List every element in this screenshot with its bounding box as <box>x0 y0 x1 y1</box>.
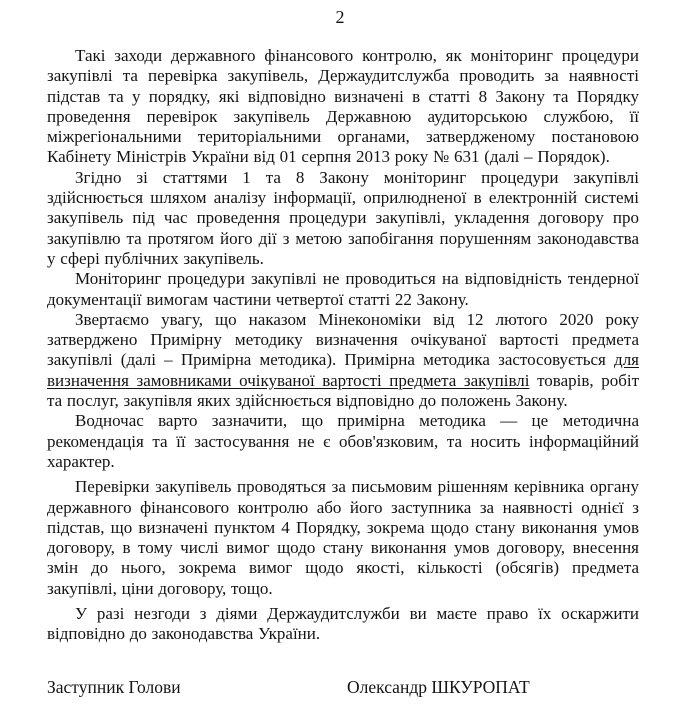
signature-position: Заступник Голови <box>47 677 181 697</box>
paragraph: Згідно зі статтями 1 та 8 Закону монітор… <box>47 168 639 269</box>
text-segment: Перевірки закупівель проводяться за пись… <box>47 477 639 597</box>
signature-name: Олександр ШКУРОПАТ <box>347 677 530 698</box>
text-segment: Згідно зі статтями 1 та 8 Закону монітор… <box>47 168 639 268</box>
paragraph: Такі заходи державного фінансового контр… <box>47 46 639 168</box>
text-segment: Моніторинг процедури закупівлі не провод… <box>47 269 639 308</box>
document-page: 2 Такі заходи державного фінансового кон… <box>0 0 680 727</box>
text-segment: Звертаємо увагу, що наказом Мінекономіки… <box>47 310 639 370</box>
signature-block: Заступник Голови Олександр ШКУРОПАТ <box>47 677 639 698</box>
text-segment: Такі заходи державного фінансового контр… <box>47 46 639 166</box>
paragraph: У разі незгоди з діями Держаудитслужби в… <box>47 604 639 645</box>
paragraph: Звертаємо увагу, що наказом Мінекономіки… <box>47 310 639 411</box>
paragraph: Водночас варто зазначити, що примірна ме… <box>47 411 639 472</box>
text-segment: У разі незгоди з діями Держаудитслужби в… <box>47 604 639 643</box>
paragraph: Моніторинг процедури закупівлі не провод… <box>47 269 639 310</box>
paragraph: Перевірки закупівель проводяться за пись… <box>47 477 639 599</box>
page-number: 2 <box>0 7 680 28</box>
text-segment: Водночас варто зазначити, що примірна ме… <box>47 411 639 471</box>
document-body: Такі заходи державного фінансового контр… <box>47 46 639 645</box>
